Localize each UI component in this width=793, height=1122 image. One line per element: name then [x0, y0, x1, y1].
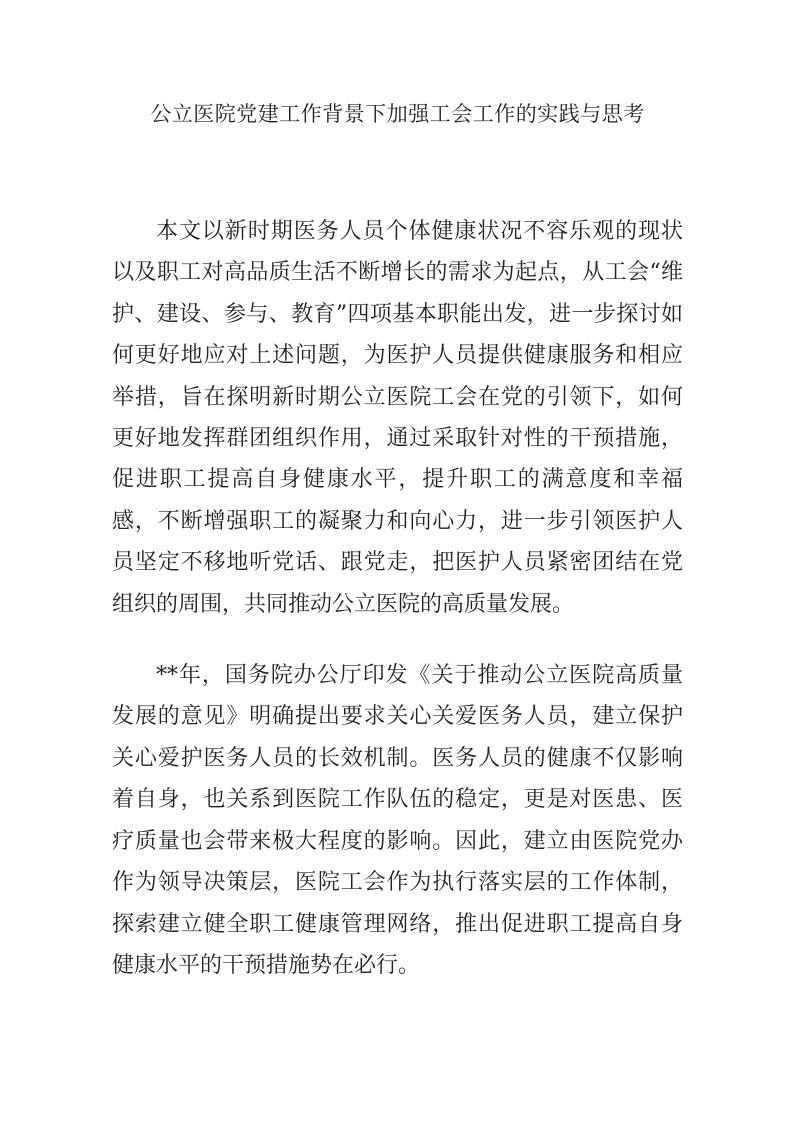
paragraph-abstract: 本文以新时期医务人员个体健康状况不容乐观的现状以及职工对高品质生活不断增长的需求… [112, 211, 683, 625]
document-page: 公立医院党建工作背景下加强工会工作的实践与思考 本文以新时期医务人员个体健康状况… [0, 0, 793, 1122]
paragraph-body: **年，国务院办公厅印发《关于推动公立医院高质量发展的意见》明确提出要求关心关爱… [112, 655, 683, 986]
document-title: 公立医院党建工作背景下加强工会工作的实践与思考 [112, 98, 683, 130]
